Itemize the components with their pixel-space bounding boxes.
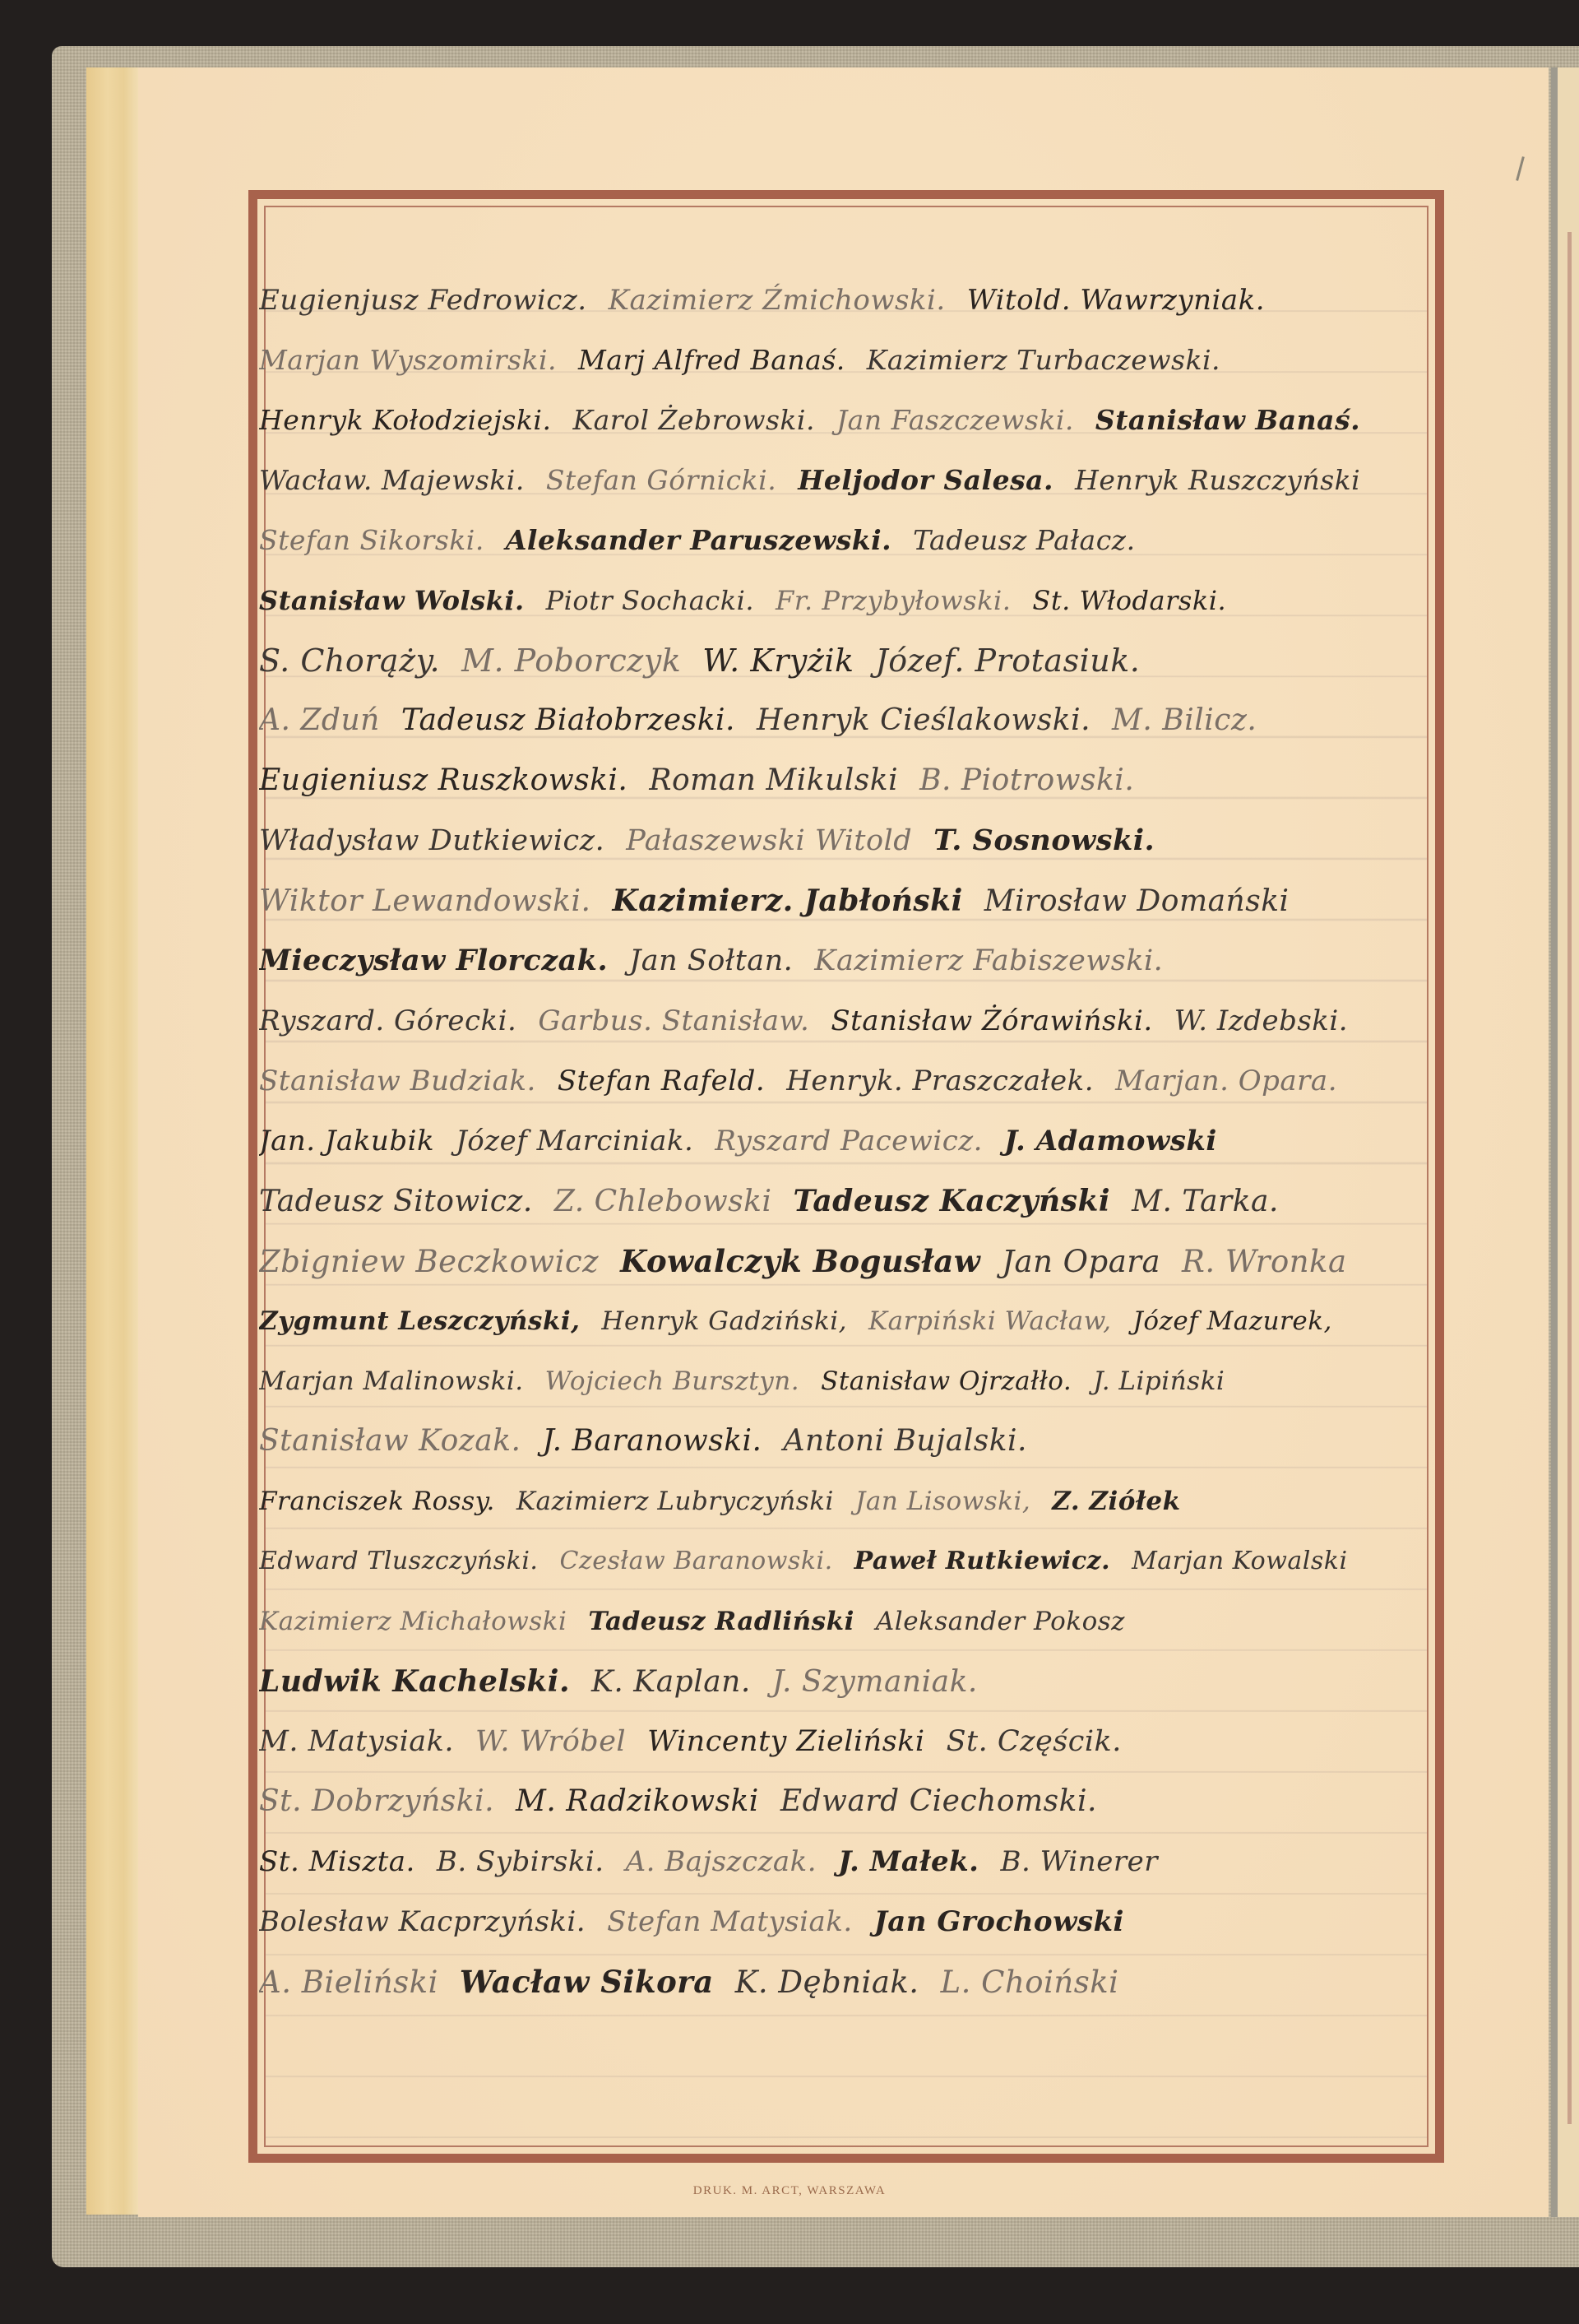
signature: J. Małek. (838, 1837, 979, 1886)
signature: Kazimierz Michałowski (259, 1597, 567, 1646)
signature: Garbus. Stanisław. (538, 996, 809, 1046)
signature: Eugienjusz Fedrowicz. (259, 276, 587, 325)
signature-line: Franciszek Rossy.Kazimierz LubryczyńskiJ… (259, 1477, 1435, 1537)
signature: Stanisław Wolski. (259, 576, 525, 625)
signature: S. Chorąży. (259, 636, 440, 685)
signature: St. Miszta. (259, 1837, 415, 1886)
signature: Kazimierz Źmichowski. (609, 276, 946, 325)
signature: Henryk Kołodziejski. (259, 396, 551, 445)
signature: J. Lipiński (1093, 1357, 1225, 1406)
signature-line: Mieczysław Florczak.Jan Sołtan.Kazimierz… (259, 936, 1435, 996)
printer-imprint: DRUK. M. ARCT, WARSZAWA (0, 2184, 1579, 2198)
signature: T. Sosnowski. (933, 816, 1155, 865)
signature: Jan Faszczewski. (836, 396, 1074, 445)
signature-line: Ryszard. Górecki.Garbus. Stanisław.Stani… (259, 996, 1435, 1056)
signature-line: Bolesław Kacprzyński.Stefan Matysiak.Jan… (259, 1897, 1435, 1957)
signature: K. Kaplan. (591, 1658, 751, 1707)
signature: Roman Mikulski (649, 756, 898, 805)
signature: B. Winerer (1000, 1837, 1157, 1886)
signature-line: S. Chorąży.M. PoborczykW. KryżikJózef. P… (259, 636, 1435, 696)
signature: Wincenty Zieliński (647, 1717, 924, 1766)
adjacent-page-frame (1567, 232, 1579, 2124)
signature-line: Edward Tluszczyński.Czesław Baranowski.P… (259, 1537, 1435, 1597)
signature-line: St. Miszta.B. Sybirski.A. Bajszczak.J. M… (259, 1837, 1435, 1897)
signature-list: Eugienjusz Fedrowicz.Kazimierz Źmichowsk… (259, 276, 1435, 2017)
signature: Eugieniusz Ruszkowski. (259, 756, 627, 805)
signature: Marjan Wyszomirski. (259, 336, 557, 385)
signature: Franciszek Rossy. (259, 1477, 495, 1526)
signature: Mirosław Domański (984, 877, 1290, 926)
signature: Aleksander Paruszewski. (506, 516, 891, 565)
signature-line: Jan. JakubikJózef Marciniak.Ryszard Pace… (259, 1116, 1435, 1176)
signature: Stanisław Banaś. (1095, 396, 1360, 445)
signature: A. Bajszczak. (626, 1837, 817, 1886)
signature: Jan Lisowski, (855, 1477, 1030, 1526)
signature: Tadeusz Pałacz. (913, 516, 1135, 565)
signature: Paweł Rutkiewicz. (854, 1537, 1110, 1586)
signature: Stanisław Kozak. (259, 1417, 521, 1466)
signature: Wacław. Majewski. (259, 456, 525, 505)
signature: Edward Ciechomski. (780, 1777, 1097, 1826)
signature: B. Sybirski. (437, 1837, 604, 1886)
page-edges (86, 67, 140, 2215)
signature: Henryk. Praszczałek. (786, 1056, 1094, 1106)
signature: Fr. Przybyłowski. (776, 576, 1011, 625)
signature-line: Stefan Sikorski.Aleksander Paruszewski.T… (259, 516, 1435, 576)
signature: Henryk Gadziński, (601, 1297, 847, 1346)
signature: K. Dębniak. (735, 1958, 919, 2007)
signature: Karol Żebrowski. (572, 396, 814, 445)
signature: A. Zduń (259, 696, 380, 745)
signature: Zbigniew Beczkowicz (259, 1237, 599, 1287)
signature: W. Izdebski. (1174, 996, 1348, 1046)
signature-line: Stanisław Wolski.Piotr Sochacki.Fr. Przy… (259, 576, 1435, 636)
signature: Z. Chlebowski (554, 1177, 772, 1227)
signature: Tadeusz Białobrzeski. (401, 696, 735, 745)
signature: Mieczysław Florczak. (259, 936, 608, 986)
signature-line: Eugienjusz Fedrowicz.Kazimierz Źmichowsk… (259, 276, 1435, 336)
signature: Marjan Kowalski (1132, 1537, 1348, 1586)
signature-line: Henryk Kołodziejski.Karol Żebrowski.Jan … (259, 396, 1435, 456)
signature: Józef Marciniak. (456, 1116, 693, 1166)
signature: Marjan Malinowski. (259, 1357, 524, 1406)
signature: M. Poborczyk (461, 636, 681, 685)
signature: Piotr Sochacki. (546, 576, 754, 625)
signature: W. Kryżik (702, 636, 854, 685)
signature-line: Tadeusz Sitowicz.Z. ChlebowskiTadeusz Ka… (259, 1176, 1435, 1236)
signature-line: Eugieniusz Ruszkowski.Roman MikulskiB. P… (259, 756, 1435, 816)
signature: J. Adamowski (1004, 1116, 1217, 1166)
signature-line: Wacław. Majewski.Stefan Górnicki.Heljodo… (259, 456, 1435, 516)
signature: Tadeusz Kaczyński (793, 1176, 1110, 1226)
signature: Ryszard Pacewicz. (715, 1116, 983, 1166)
signature-line: Stanisław Budziak.Stefan Rafeld.Henryk. … (259, 1056, 1435, 1116)
signature: Kazimierz Turbaczewski. (867, 336, 1220, 385)
signature-line: St. Dobrzyński.M. RadzikowskiEdward Ciec… (259, 1777, 1435, 1837)
signature: Józef Mazurek, (1132, 1297, 1331, 1346)
signature: St. Częścik. (947, 1717, 1122, 1766)
signature: Kowalczyk Bogusław (620, 1236, 980, 1286)
signature-line: A. ZduńTadeusz Białobrzeski.Henryk Cieśl… (259, 696, 1435, 756)
signature: Ryszard. Górecki. (259, 996, 516, 1046)
signature: M. Matysiak. (259, 1717, 454, 1766)
signature: Władysław Dutkiewicz. (259, 816, 604, 865)
signature: W. Wróbel (475, 1717, 626, 1766)
signature: Stefan Matysiak. (607, 1897, 853, 1946)
signature: M. Radzikowski (516, 1777, 759, 1826)
signature-line: Marjan Malinowski.Wojciech Bursztyn.Stan… (259, 1357, 1435, 1417)
signature: J. Baranowski. (542, 1417, 762, 1466)
signature: Zygmunt Leszczyński, (259, 1297, 580, 1346)
signature-line: Marjan Wyszomirski.Marj Alfred Banaś.Kaz… (259, 336, 1435, 396)
signature-line: Zbigniew BeczkowiczKowalczyk BogusławJan… (259, 1236, 1435, 1297)
signature: Stanisław Budziak. (259, 1056, 536, 1106)
signature: Kazimierz. Jabłoński (612, 876, 962, 925)
signature-line: Władysław Dutkiewicz.Pałaszewski WitoldT… (259, 816, 1435, 876)
signature: Czesław Baranowski. (559, 1537, 832, 1586)
signature: Jan Grochowski (874, 1897, 1124, 1946)
signature: Jan Opara (1002, 1237, 1160, 1287)
signature: Jan Sołtan. (629, 936, 793, 986)
signature: Henryk Ruszczyński (1075, 456, 1360, 505)
signature: B. Piotrowski. (919, 756, 1134, 805)
signature: L. Choiński (941, 1958, 1119, 2007)
signature: Z. Ziółek (1052, 1477, 1180, 1526)
signature: Wiktor Lewandowski. (259, 877, 590, 926)
signature: Józef. Protasiuk. (876, 636, 1141, 685)
signature: Kazimierz Fabiszewski. (814, 936, 1163, 986)
signature-line: Stanisław Kozak.J. Baranowski.Antoni Buj… (259, 1417, 1435, 1477)
signature: Kazimierz Lubryczyński (516, 1477, 834, 1526)
signature-line: Wiktor Lewandowski.Kazimierz. JabłońskiM… (259, 876, 1435, 936)
signature: Stefan Górnicki. (546, 456, 776, 505)
signature: Stanisław Żórawiński. (831, 996, 1152, 1046)
signature: Jan. Jakubik (259, 1116, 434, 1166)
signature: Marj Alfred Banaś. (578, 336, 845, 385)
signature: Henryk Cieślakowski. (757, 696, 1090, 745)
signature: Wacław Sikora (460, 1957, 714, 2006)
signature: Heljodor Salesa. (798, 456, 1053, 505)
signature: Witold. Wawrzyniak. (967, 276, 1265, 325)
signature: Pałaszewski Witold (626, 816, 912, 865)
signature-line: A. BielińskiWacław SikoraK. Dębniak.L. C… (259, 1957, 1435, 2017)
signature: Stefan Sikorski. (259, 516, 484, 565)
signature: Wojciech Bursztyn. (545, 1357, 799, 1406)
signature: J. Szymaniak. (772, 1658, 978, 1707)
signature: Stanisław Ojrzałło. (821, 1357, 1072, 1406)
signature: Stefan Rafeld. (558, 1056, 765, 1106)
signature: A. Bieliński (259, 1958, 438, 2007)
signature: Tadeusz Radliński (588, 1597, 854, 1646)
signature: Karpiński Wacław, (868, 1297, 1111, 1346)
signature: Edward Tluszczyński. (259, 1537, 538, 1586)
signature-line: Zygmunt Leszczyński,Henryk Gadziński,Kar… (259, 1297, 1435, 1357)
signature-line: Ludwik Kachelski.K. Kaplan.J. Szymaniak. (259, 1657, 1435, 1717)
signature: R. Wronka (1182, 1237, 1347, 1287)
signature: Antoni Bujalski. (784, 1417, 1028, 1466)
signature: Tadeusz Sitowicz. (259, 1177, 533, 1227)
signature-line: M. Matysiak.W. WróbelWincenty ZielińskiS… (259, 1717, 1435, 1777)
signature: M. Bilicz. (1112, 696, 1257, 745)
signature: Marjan. Opara. (1115, 1056, 1337, 1106)
signature: Ludwik Kachelski. (259, 1657, 570, 1706)
signature-line: Kazimierz MichałowskiTadeusz RadlińskiAl… (259, 1597, 1435, 1657)
signature: Bolesław Kacprzyński. (259, 1897, 586, 1946)
signature: St. Włodarski. (1032, 576, 1226, 625)
signature: M. Tarka. (1132, 1177, 1279, 1227)
signature: Aleksander Pokosz (876, 1597, 1125, 1646)
adjacent-page-edge (1551, 67, 1579, 2217)
signature: St. Dobrzyński. (259, 1777, 494, 1826)
